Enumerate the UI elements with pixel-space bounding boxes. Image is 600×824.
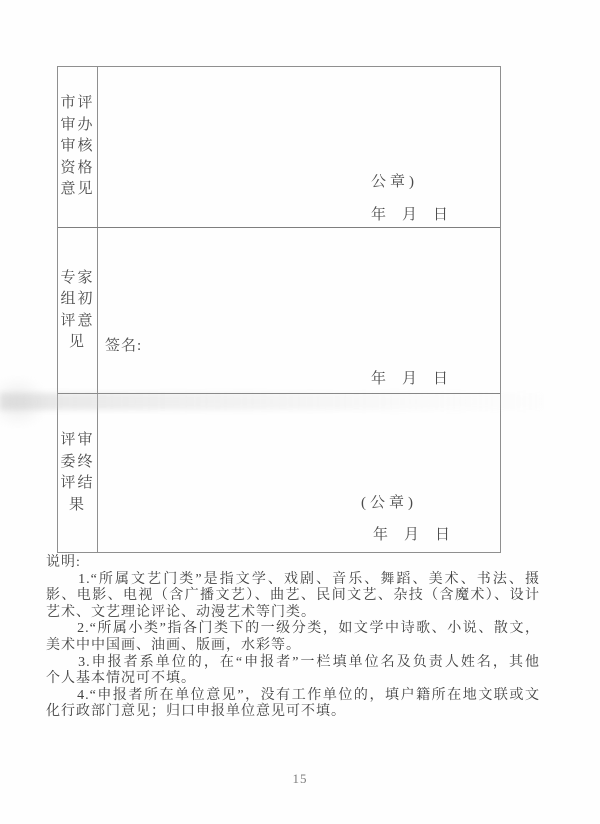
note-line: 艺术、文艺理论评论、动漫艺术等门类。 [46,605,540,622]
note-line: 2.“所属小类”指各门类下的一级分类，如文学中诗歌、小说、散文， [46,621,540,638]
review-opinions-table: 市评 审办 审核 资格 意见 公章) 年 月 日 专家 组初 评意 见 签名: … [57,66,501,553]
label-line: 意见 [60,179,94,201]
date-placeholder: 年 月 日 [371,367,449,388]
notes-section: 说明: 1.“所属文艺门类”是指文学、戏剧、音乐、舞蹈、美术、书法、摄 影、电影… [46,555,542,721]
note-line: 影、电影、电视（含广播文艺）、曲艺、民间文艺、杂技（含魔术）、设计 [46,588,540,605]
cell-city-review-office-opinion: 公章) 年 月 日 [98,67,500,227]
note-line: 1.“所属文艺门类”是指文学、戏剧、音乐、舞蹈、美术、书法、摄 [46,572,540,589]
label-line: 审核 [60,136,94,158]
label-line: 专家 [60,268,94,290]
row-expert-group-preliminary-opinion: 专家 组初 评意 见 签名: 年 月 日 [58,228,500,394]
cell-jury-final-result: (公章) 年 月 日 [98,394,500,552]
page-number: 15 [0,771,600,787]
signature-label: 签名: [105,334,142,355]
row-label-jury-final: 评审 委终 评结 果 [58,394,98,552]
label-line: 市评 [60,93,94,115]
label-line: 评结 [60,473,94,495]
date-placeholder: 年 月 日 [371,203,449,224]
label-line: 评意 [60,311,94,333]
row-jury-final-result: 评审 委终 评结 果 (公章) 年 月 日 [58,394,500,552]
label-line: 资格 [60,158,94,180]
row-city-review-office-opinion: 市评 审办 审核 资格 意见 公章) 年 月 日 [58,67,500,228]
note-line: 3.申报者系单位的，在“申报者”一栏填单位名及负责人姓名，其他 [46,655,540,672]
label-line: 果 [69,495,86,517]
note-line: 美术中中国画、油画、版画，水彩等。 [46,638,540,655]
note-line: 化行政部门意见；归口申报单位意见可不填。 [46,704,540,721]
label-line: 见 [69,332,86,354]
label-line: 评审 [60,430,94,452]
row-label-city-review-office: 市评 审办 审核 资格 意见 [58,67,98,227]
cell-expert-group-opinion: 签名: 年 月 日 [98,228,500,393]
scan-artifact-smudge [0,376,48,428]
note-line: 4.“申报者所在单位意见”，没有工作单位的，填户籍所在地文联或文 [46,688,540,705]
label-line: 审办 [60,115,94,137]
row-label-expert-group: 专家 组初 评意 见 [58,228,98,393]
document-page: 市评 审办 审核 资格 意见 公章) 年 月 日 专家 组初 评意 见 签名: … [0,0,600,824]
notes-heading: 说明: [46,555,540,572]
label-line: 组初 [60,289,94,311]
label-line: 委终 [60,452,94,474]
official-seal-placeholder: 公章) [371,170,418,191]
note-line: 个人基本情况可不填。 [46,671,540,688]
official-seal-placeholder: (公章) [361,491,417,512]
date-placeholder: 年 月 日 [373,523,451,544]
